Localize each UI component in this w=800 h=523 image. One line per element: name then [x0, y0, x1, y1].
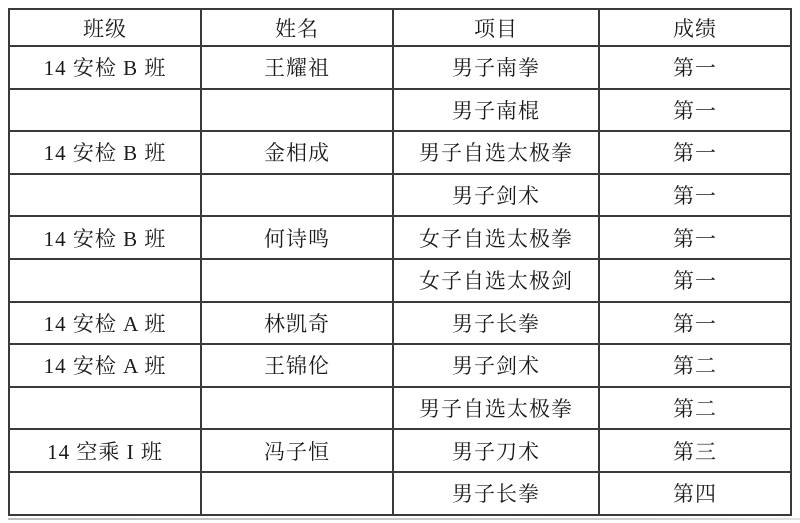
table-cell: 何诗鸣: [201, 216, 393, 259]
table-cell: 第一: [599, 131, 791, 174]
table-cell: 男子长拳: [393, 302, 599, 345]
table-cell: [201, 89, 393, 132]
table-cell: 女子自选太极剑: [393, 259, 599, 302]
table-cell: [9, 259, 201, 302]
table-cell: 14 安检 B 班: [9, 216, 201, 259]
table-cell: 王锦伦: [201, 344, 393, 387]
header-row: 班级 姓名 项目 成绩: [9, 9, 791, 46]
table-cell: 男子刀术: [393, 429, 599, 472]
table-cell: 14 安检 B 班: [9, 131, 201, 174]
table-cell: 男子南棍: [393, 89, 599, 132]
table-cell: [9, 472, 201, 515]
table-cell: 男子剑术: [393, 344, 599, 387]
table-body: 14 安检 B 班王耀祖男子南拳第一男子南棍第一14 安检 B 班金相成男子自选…: [9, 46, 791, 515]
table-cell: 王耀祖: [201, 46, 393, 89]
table-cell: [201, 472, 393, 515]
table-cell: 林凯奇: [201, 302, 393, 345]
table-cell: 第一: [599, 216, 791, 259]
table-cell: [9, 89, 201, 132]
table-row: 男子自选太极拳第二: [9, 387, 791, 430]
table-cell: [9, 387, 201, 430]
table-cell: 女子自选太极拳: [393, 216, 599, 259]
table-cell: 第一: [599, 259, 791, 302]
table-cell: 男子自选太极拳: [393, 131, 599, 174]
table-cell: 14 空乘 I 班: [9, 429, 201, 472]
table-row: 14 安检 B 班金相成男子自选太极拳第一: [9, 131, 791, 174]
table-row: 14 安检 A 班王锦伦男子剑术第二: [9, 344, 791, 387]
table-row: 14 安检 B 班王耀祖男子南拳第一: [9, 46, 791, 89]
header-cell-class: 班级: [9, 9, 201, 46]
results-table: 班级 姓名 项目 成绩 14 安检 B 班王耀祖男子南拳第一男子南棍第一14 安…: [8, 8, 792, 516]
table-cell: 男子长拳: [393, 472, 599, 515]
table-row: 男子剑术第一: [9, 174, 791, 217]
table-row: 14 空乘 I 班冯子恒男子刀术第三: [9, 429, 791, 472]
table-row: 男子长拳第四: [9, 472, 791, 515]
table-row: 女子自选太极剑第一: [9, 259, 791, 302]
table-cell: 第一: [599, 174, 791, 217]
table-cell: 14 安检 B 班: [9, 46, 201, 89]
table-row: 14 安检 B 班何诗鸣女子自选太极拳第一: [9, 216, 791, 259]
table-cell: [201, 387, 393, 430]
table-cell: 第一: [599, 46, 791, 89]
table-cell: [9, 174, 201, 217]
header-cell-result: 成绩: [599, 9, 791, 46]
table-cell: 14 安检 A 班: [9, 302, 201, 345]
table-header: 班级 姓名 项目 成绩: [9, 9, 791, 46]
table-cell: 冯子恒: [201, 429, 393, 472]
table-row: 男子南棍第一: [9, 89, 791, 132]
header-cell-event: 项目: [393, 9, 599, 46]
table-cell: 男子自选太极拳: [393, 387, 599, 430]
table-cell: 金相成: [201, 131, 393, 174]
table-cell: 第一: [599, 89, 791, 132]
page-bottom-scan-line: [8, 518, 800, 520]
table-cell: 第四: [599, 472, 791, 515]
results-table-container: 班级 姓名 项目 成绩 14 安检 B 班王耀祖男子南拳第一男子南棍第一14 安…: [8, 8, 792, 516]
table-cell: [201, 259, 393, 302]
table-cell: 第三: [599, 429, 791, 472]
table-cell: 第二: [599, 344, 791, 387]
table-cell: 男子剑术: [393, 174, 599, 217]
table-cell: 第一: [599, 302, 791, 345]
table-cell: 男子南拳: [393, 46, 599, 89]
table-cell: [201, 174, 393, 217]
table-row: 14 安检 A 班林凯奇男子长拳第一: [9, 302, 791, 345]
table-cell: 14 安检 A 班: [9, 344, 201, 387]
table-cell: 第二: [599, 387, 791, 430]
header-cell-name: 姓名: [201, 9, 393, 46]
